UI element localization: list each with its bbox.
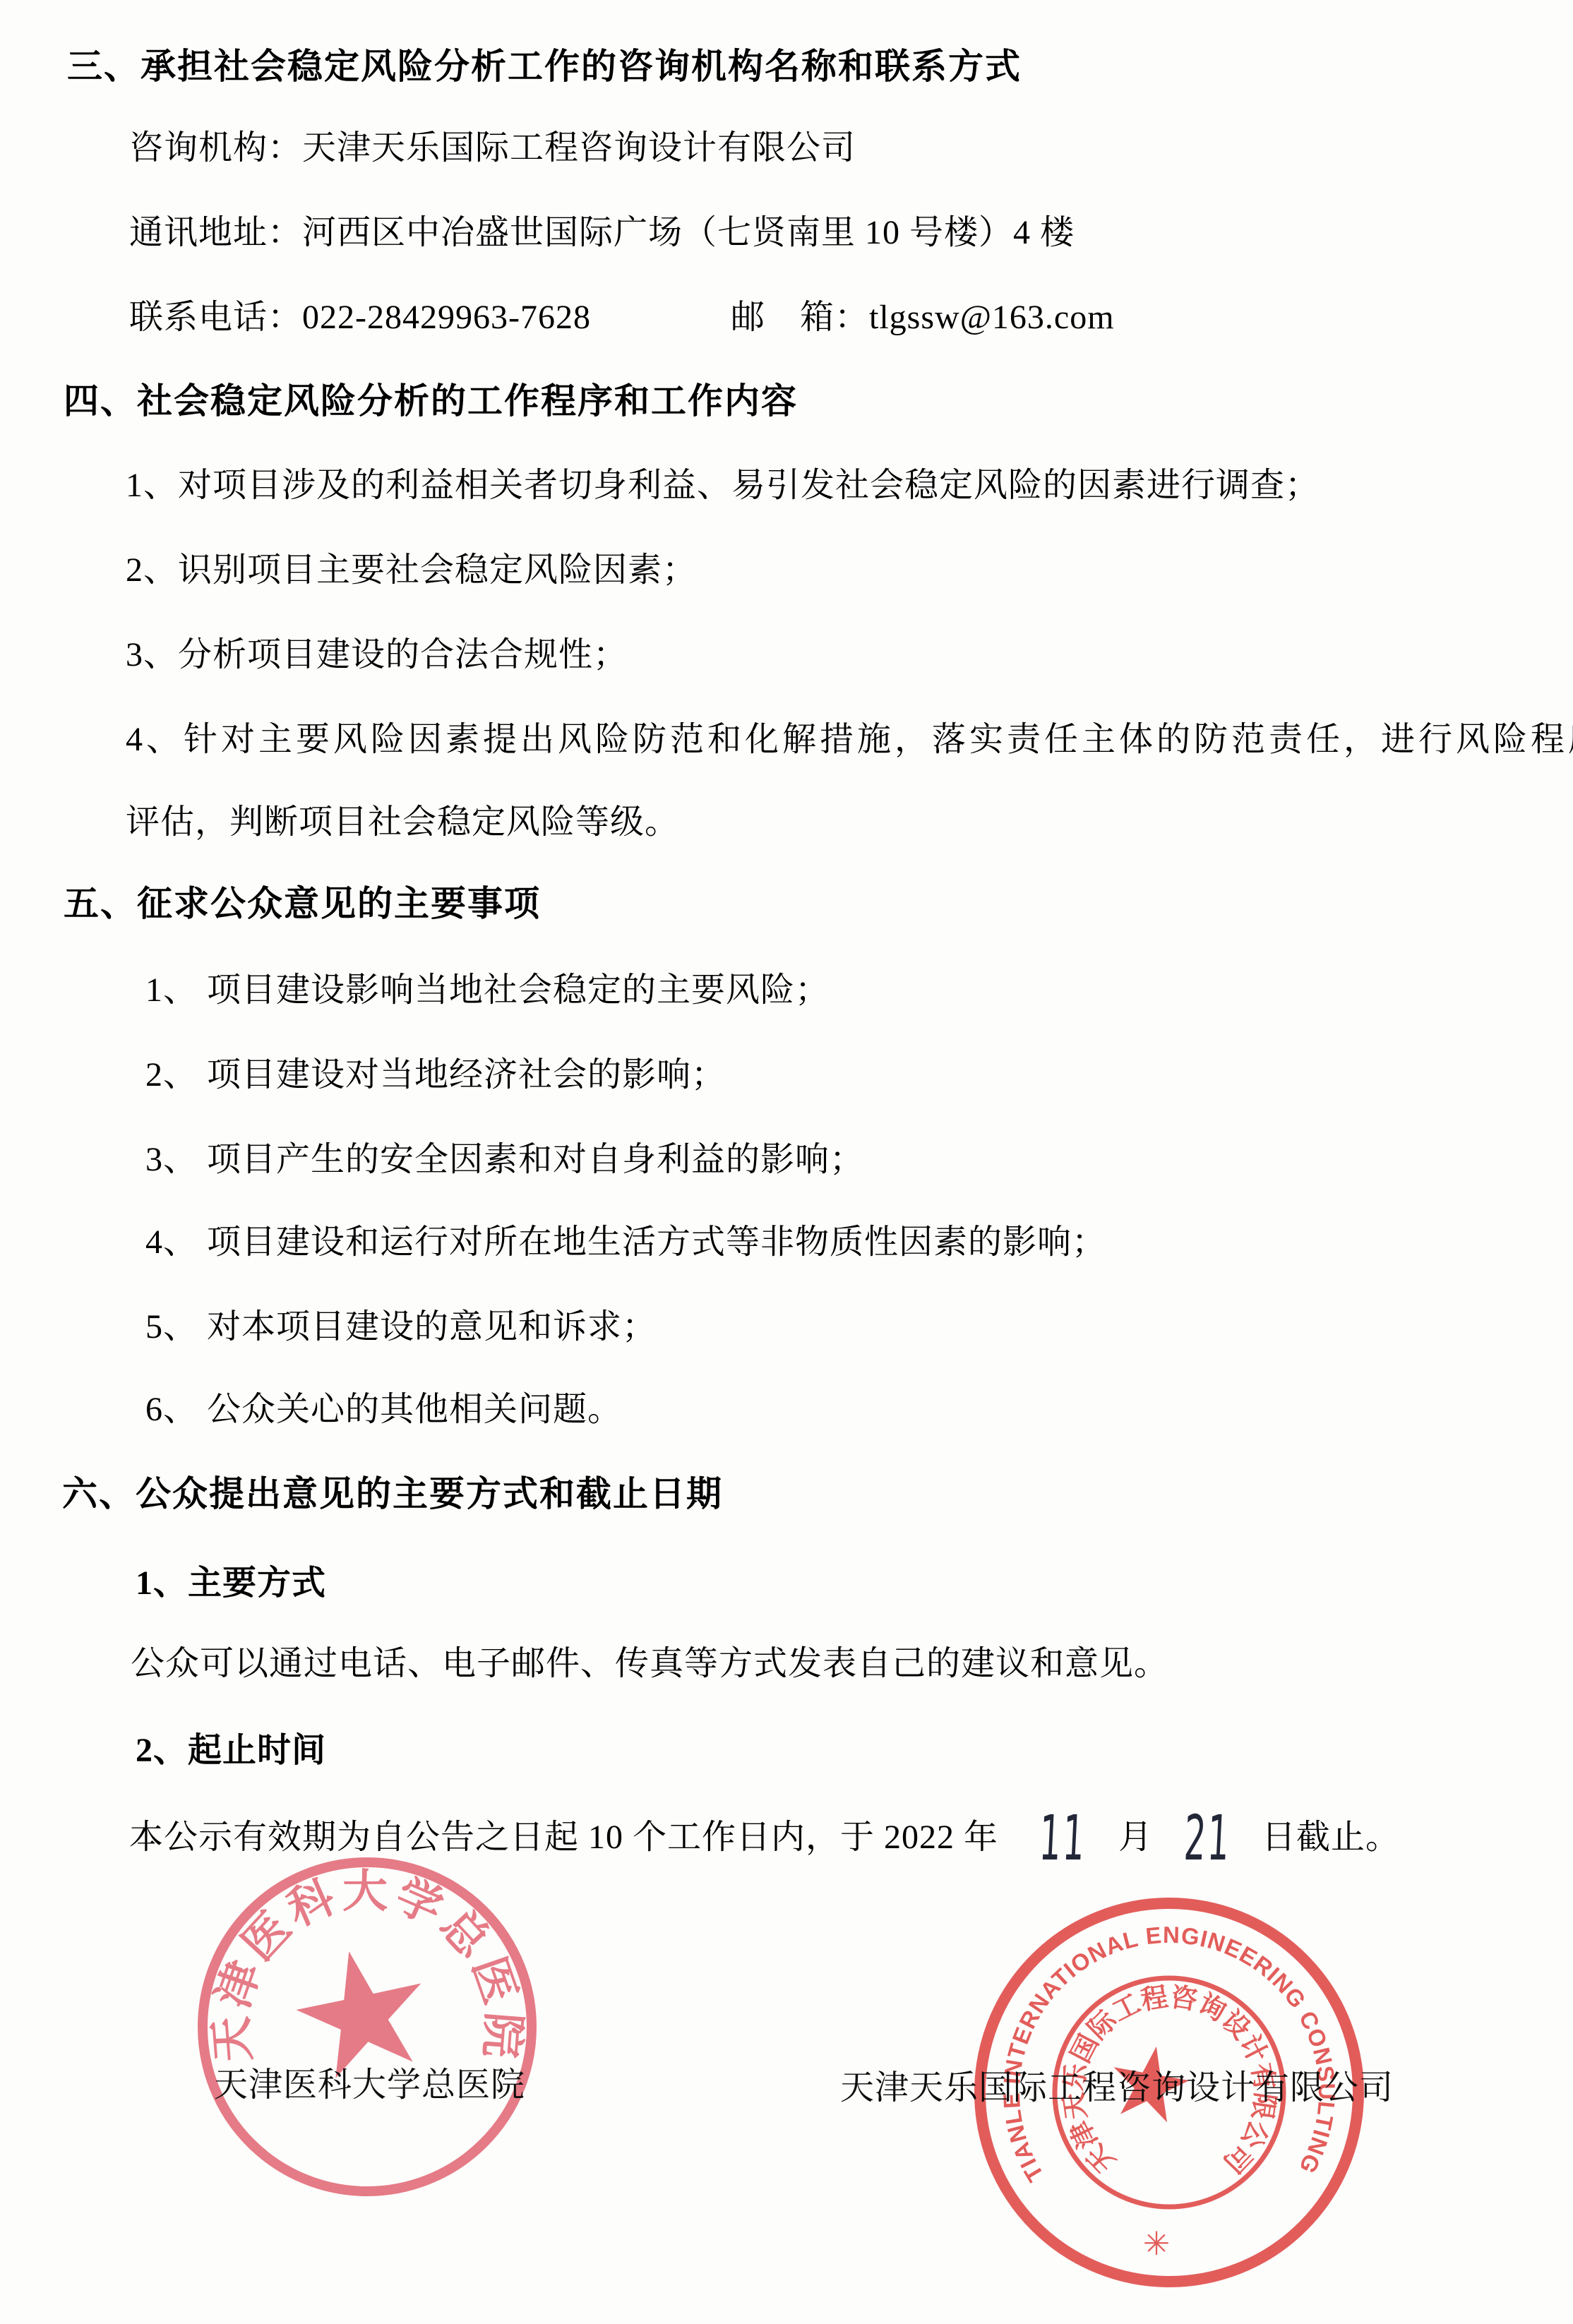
deadline-suffix: 日截止。 — [1262, 1819, 1400, 1856]
sec5-item-6: 6、 公众关心的其他相关问题。 — [145, 1390, 622, 1429]
sec4-item-4-line1: 4、针对主要风险因素提出风险防范和化解措施，落实责任主体的防范责任，进行风险程度 — [126, 720, 1573, 759]
sec4-item-2: 2、识别项目主要社会稳定风险因素； — [126, 551, 697, 589]
handwritten-day: 21 — [1183, 1807, 1232, 1869]
section5-heading: 五、征求公众意见的主要事项 — [64, 884, 541, 925]
method-subheading: 1、主要方式 — [136, 1564, 326, 1603]
sec5-item-2: 2、 项目建设对当地经济社会的影响； — [145, 1055, 726, 1094]
sec4-item-3: 3、分析项目建设的合法合规性； — [126, 635, 628, 674]
sec4-item-1: 1、对项目涉及的利益相关者切身利益、易引发社会稳定风险的因素进行调查； — [126, 466, 1320, 505]
star-icon — [287, 1938, 437, 2083]
method-text: 公众可以通过电话、电子邮件、传真等方式发表自己的建议和意见。 — [131, 1644, 1168, 1683]
sec5-item-1: 1、 项目建设影响当地社会稳定的主要风险； — [145, 971, 830, 1010]
consultant-stamp-caption: 天津天乐国际工程咨询设计有限公司 — [840, 2070, 1394, 2107]
period-subheading: 2、起止时间 — [136, 1731, 326, 1770]
hospital-stamp-caption: 天津医科大学总医院 — [214, 2067, 525, 2104]
contact-line: 联系电话：022-28429963-7628 邮 箱：tlgssw@163.co… — [129, 298, 591, 337]
notice-document-page: 三、承担社会稳定风险分析工作的咨询机构名称和联系方式 咨询机构：天津天乐国际工程… — [0, 0, 1573, 2324]
consultant-seal-english-text: TIANJIN TIANLE INTERNATIONAL ENGINEERING… — [964, 1888, 1340, 2186]
phone-number: 联系电话：022-28429963-7628 — [129, 299, 591, 336]
hospital-seal-stamp: 天津医科大学总医院 — [191, 1849, 544, 2205]
address-line: 通讯地址：河西区中冶盛世国际广场（七贤南里 10 号楼）4 楼 — [129, 213, 1075, 252]
section3-heading: 三、承担社会稳定风险分析工作的咨询机构名称和联系方式 — [67, 47, 1022, 88]
sec5-item-3: 3、 项目产生的安全因素和对自身利益的影响； — [145, 1140, 864, 1179]
section6-heading: 六、公众提出意见的主要方式和截止日期 — [62, 1474, 723, 1515]
email-address: 邮 箱：tlgssw@163.com — [731, 298, 1115, 337]
sec4-item-4-line2: 评估，判断项目社会稳定风险等级。 — [126, 803, 679, 841]
sec5-item-5: 5、 对本项目建设的意见和诉求； — [145, 1307, 657, 1346]
seal-bottom-star-icon: ✳ — [1143, 2226, 1171, 2262]
section4-heading: 四、社会稳定风险分析的工作程序和工作内容 — [64, 381, 798, 422]
month-unit: 月 — [1118, 1819, 1153, 1856]
consulting-org-line: 咨询机构：天津天乐国际工程咨询设计有限公司 — [129, 128, 856, 167]
svg-text:TIANJIN TIANLE INTERNATIONAL E: TIANJIN TIANLE INTERNATIONAL ENGINEERING… — [964, 1888, 1340, 2186]
sec5-item-4: 4、 项目建设和运行对所在地生活方式等非物质性因素的影响； — [145, 1223, 1106, 1262]
handwritten-month: 11 — [1038, 1807, 1087, 1869]
